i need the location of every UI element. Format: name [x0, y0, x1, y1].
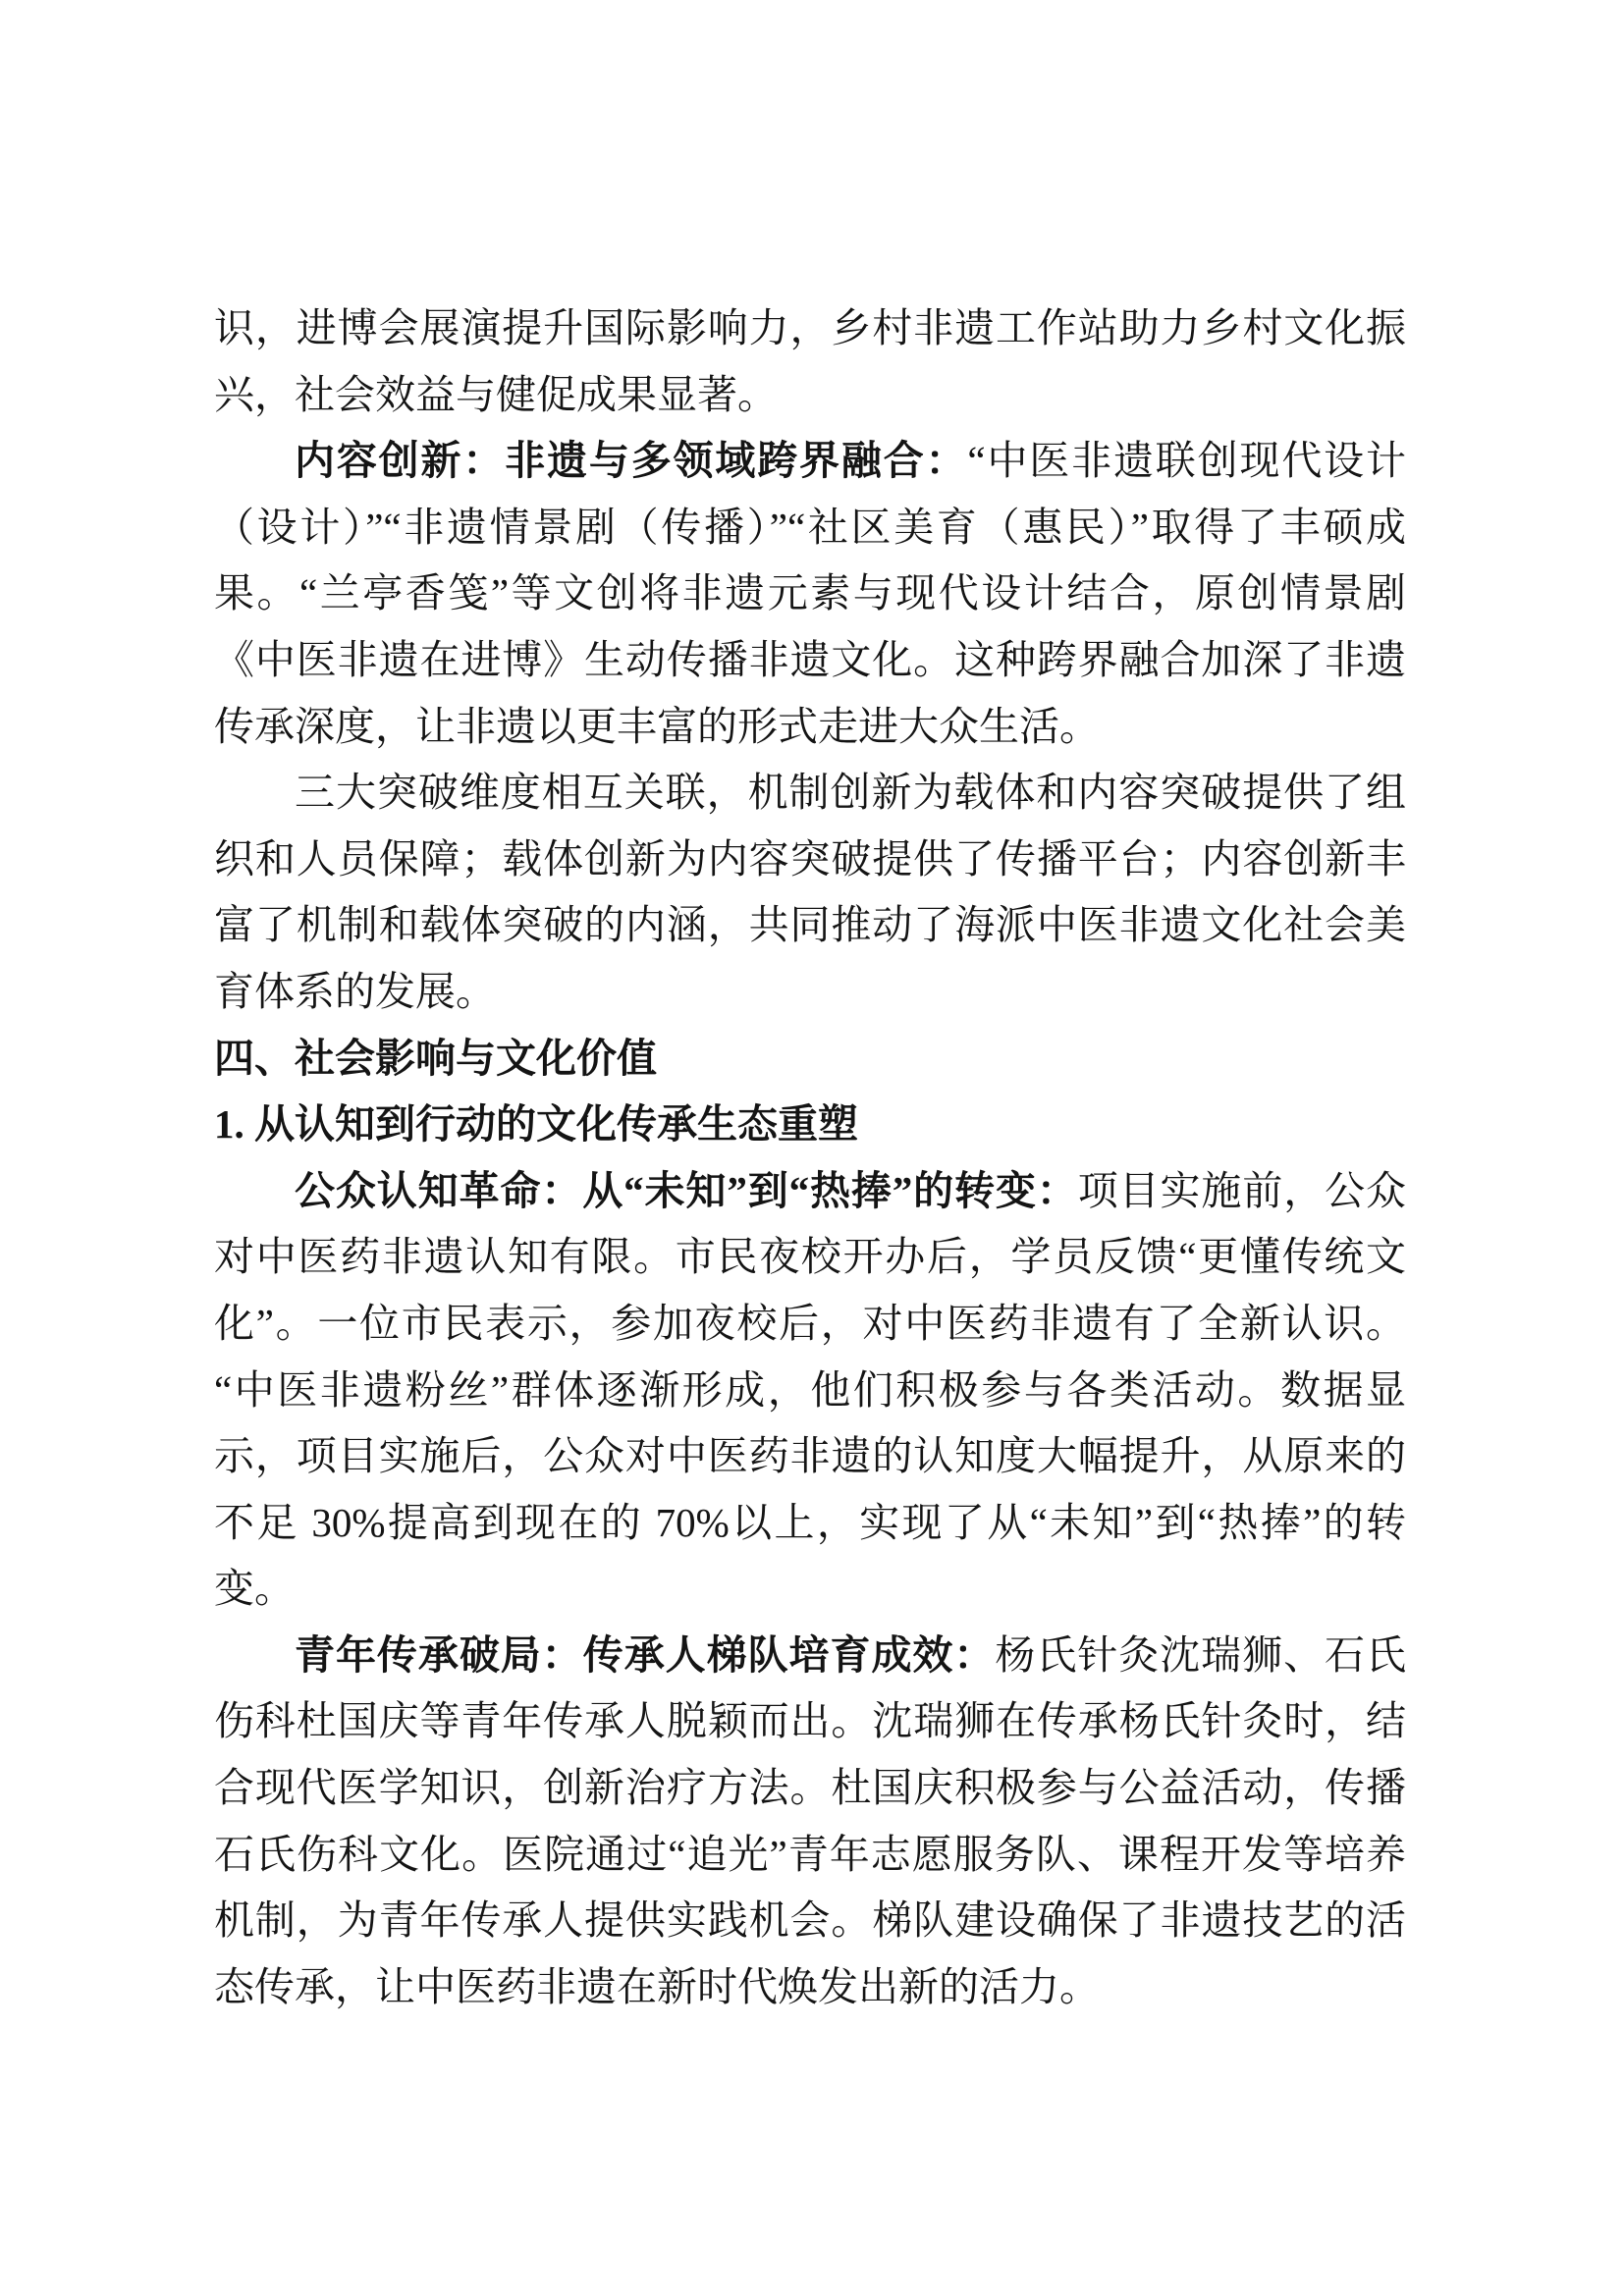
paragraph-text: 识，进博会展演提升国际影响力，乡村非遗工作站助力乡村文化振兴，社会效益与健促成果…	[214, 305, 1406, 417]
subsection-heading-cognition-to-action: 1. 从认知到行动的文化传承生态重塑	[214, 1092, 1406, 1158]
paragraph-text: 杨氏针灸沈瑞狮、石氏伤科杜国庆等青年传承人脱颖而出。沈瑞狮在传承杨氏针灸时，结合…	[214, 1632, 1406, 2009]
document-page: 识，进博会展演提升国际影响力，乡村非遗工作站助力乡村文化振兴，社会效益与健促成果…	[0, 0, 1624, 2296]
section-heading-social-impact: 四、社会影响与文化价值	[214, 1026, 1406, 1093]
paragraph-youth-inheritance: 青年传承破局：传承人梯队培育成效：杨氏针灸沈瑞狮、石氏伤科杜国庆等青年传承人脱颖…	[214, 1623, 1406, 2021]
paragraph-text: “中医非遗联创现代设计（设计）”“非遗情景剧（传播）”“社区美育（惠民）”取得了…	[214, 438, 1406, 748]
paragraph-content-innovation: 内容创新：非遗与多领域跨界融合：“中医非遗联创现代设计（设计）”“非遗情景剧（传…	[214, 428, 1406, 760]
paragraph-continuation: 识，进博会展演提升国际影响力，乡村非遗工作站助力乡村文化振兴，社会效益与健促成果…	[214, 295, 1406, 428]
heading-text: 1. 从认知到行动的文化传承生态重塑	[214, 1101, 858, 1147]
paragraph-public-cognition-revolution: 公众认知革命：从“未知”到“热捧”的转变：项目实施前，公众对中医药非遗认知有限。…	[214, 1158, 1406, 1623]
document-body: 识，进博会展演提升国际影响力，乡村非遗工作站助力乡村文化振兴，社会效益与健促成果…	[214, 295, 1406, 2020]
paragraph-lead-bold: 公众认知革命：从“未知”到“热捧”的转变：	[295, 1168, 1078, 1213]
paragraph-text: 项目实施前，公众对中医药非遗认知有限。市民夜校开办后，学员反馈“更懂传统文化”。…	[214, 1168, 1406, 1612]
paragraph-text: 三大突破维度相互关联，机制创新为载体和内容突破提供了组织和人员保障；载体创新为内…	[214, 770, 1406, 1014]
paragraph-three-breakthroughs: 三大突破维度相互关联，机制创新为载体和内容突破提供了组织和人员保障；载体创新为内…	[214, 760, 1406, 1025]
heading-text: 四、社会影响与文化价值	[214, 1036, 657, 1081]
paragraph-lead-bold: 内容创新：非遗与多领域跨界融合：	[295, 438, 967, 483]
paragraph-lead-bold: 青年传承破局：传承人梯队培育成效：	[295, 1632, 995, 1678]
